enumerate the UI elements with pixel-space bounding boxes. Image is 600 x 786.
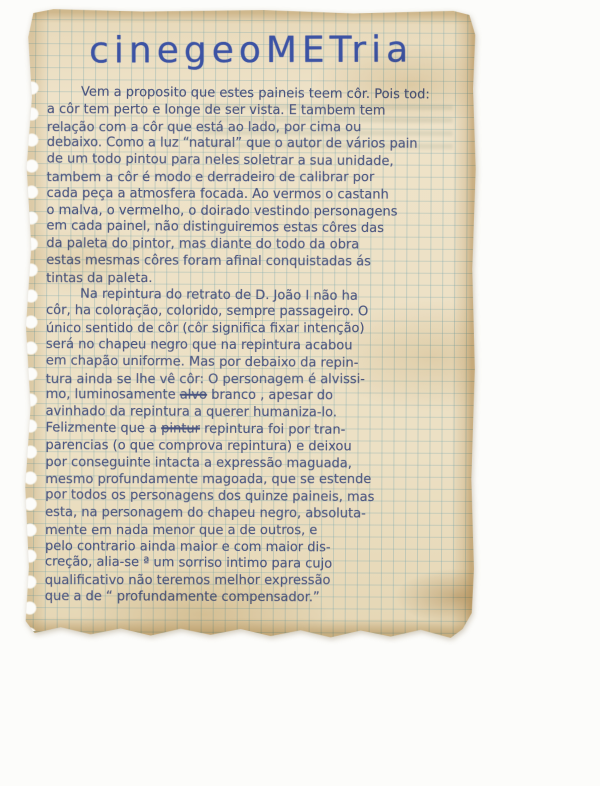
handwritten-line: relação com a côr que está ao lado, por … <box>47 120 479 137</box>
handwritten-line: por conseguinte intacta a expressão magu… <box>45 455 477 474</box>
handwritten-line: estas mesmas côres foram afinal conquist… <box>46 253 478 272</box>
handwritten-line: a côr tem perto e longe de ser vista. E … <box>47 102 479 121</box>
page-title: cinegeoMETria <box>23 29 479 82</box>
handwritten-line: mesmo profundamente magoada, que se este… <box>45 472 477 489</box>
handwritten-line: parencias (o que comprova repintura) e d… <box>45 438 477 457</box>
handwritten-line: tintas da paleta. <box>46 271 478 288</box>
handwritten-line: qualificativo não teremos melhor express… <box>45 573 477 590</box>
handwritten-line: mo, luminosamente alvo branco , apesar d… <box>46 387 478 406</box>
graph-paper: cinegeoMETria Vem a proposito que estes … <box>21 7 480 641</box>
line-segment: branco , apesar do <box>207 388 333 404</box>
handwritten-line: da paleta do pintor, mas diante do todo … <box>46 236 478 255</box>
handwritten-line: em chapão uniforme. Mas por debaixo da r… <box>46 353 478 373</box>
line-segment: Felizmente que a <box>45 420 161 436</box>
handwritten-line: que a de “ profundamente compensador.” <box>45 589 477 608</box>
handwriting-lines: Vem a proposito que estes paineis teem c… <box>45 85 479 608</box>
handwritten-line: esta, na personagem do chapeu negro, abs… <box>45 505 477 524</box>
handwritten-line: mente em nada menor que a de outros, e <box>45 523 477 540</box>
handwritten-line: único sentido de côr (côr significa fixa… <box>46 321 478 338</box>
torn-perforation-holes <box>21 75 43 631</box>
handwritten-line: côr, ha coloração, colorido, sempre pass… <box>46 303 478 322</box>
handwritten-line: por todos os personagens dos quinze pain… <box>45 487 477 507</box>
struck-word: pintur <box>161 421 200 436</box>
handwritten-line: tambem a côr é modo e derradeiro de cali… <box>47 170 479 187</box>
line-segment: mo, luminosamente <box>46 387 180 403</box>
handwritten-line: cada peça a atmosfera focada. Ao vermos … <box>47 186 479 205</box>
handwritten-line: Felizmente que a pintur repintura foi po… <box>45 420 477 440</box>
line-segment: repintura foi por tran- <box>200 422 345 438</box>
handwritten-line: tura ainda se lhe vê côr: O personagem é… <box>46 372 478 389</box>
struck-word: alvo <box>180 388 207 403</box>
handwritten-line: creção, alia-se ª um sorriso intimo para… <box>45 555 477 575</box>
handwritten-line: Na repintura do retrato de D. João I não… <box>46 286 478 306</box>
notebook-page: cinegeoMETria Vem a proposito que estes … <box>21 7 480 641</box>
handwritten-line: Vem a proposito que estes paineis teem c… <box>47 84 479 104</box>
handwritten-line: de um todo pintou para neles soletrar a … <box>47 152 479 172</box>
